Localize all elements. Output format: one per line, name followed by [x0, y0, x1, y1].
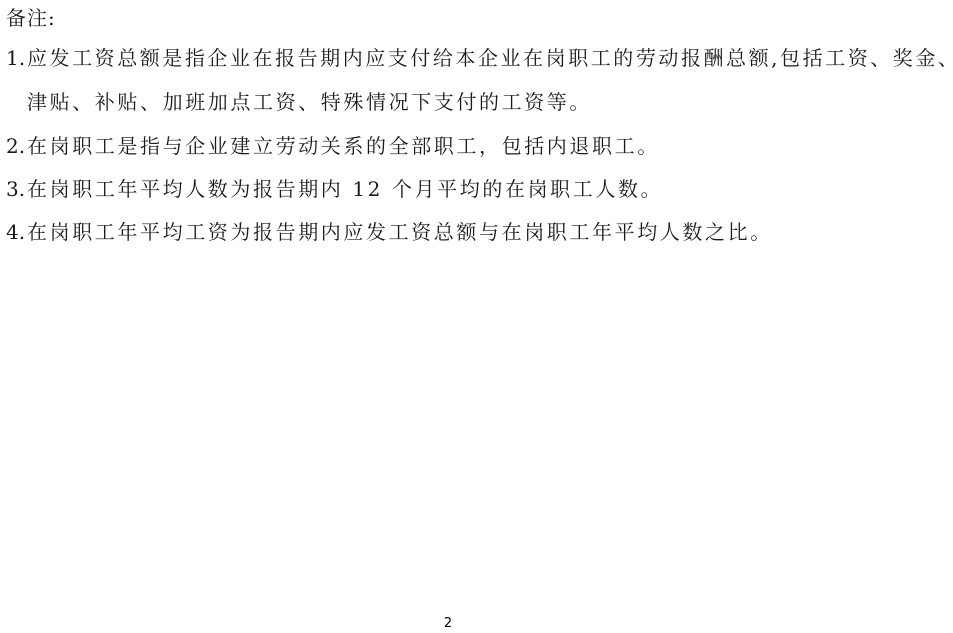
- note-number: 2.: [6, 132, 27, 160]
- note-text: 津贴、补贴、加班加点工资、特殊情况下支付的工资等。: [27, 90, 592, 114]
- note-number: 3.: [6, 175, 27, 203]
- page-number: 2: [440, 616, 456, 632]
- note-number: 4.: [6, 218, 27, 246]
- note-number: 1.: [6, 44, 27, 72]
- note-item-1: 1.应发工资总额是指企业在报告期内应支付给本企业在岗职工的劳动报酬总额,包括工资…: [6, 44, 953, 72]
- note-text: 应发工资总额是指企业在报告期内应支付给本企业在岗职工的劳动报酬总额,包括工资、奖…: [27, 46, 953, 70]
- note-text: 在岗职工年平均工资为报告期内应发工资总额与在岗职工年平均人数之比。: [27, 220, 773, 244]
- note-text: 在岗职工是指与企业建立劳动关系的全部职工，包括内退职工。: [27, 134, 660, 158]
- document-page: 备注: 1.应发工资总额是指企业在报告期内应支付给本企业在岗职工的劳动报酬总额,…: [0, 0, 953, 633]
- note-item-4: 4.在岗职工年平均工资为报告期内应发工资总额与在岗职工年平均人数之比。: [6, 218, 773, 246]
- notes-heading: 备注:: [6, 4, 56, 32]
- note-item-1-continuation: 津贴、补贴、加班加点工资、特殊情况下支付的工资等。: [27, 88, 592, 116]
- note-item-3: 3.在岗职工年平均人数为报告期内 12 个月平均的在岗职工人数。: [6, 175, 663, 203]
- note-item-2: 2.在岗职工是指与企业建立劳动关系的全部职工，包括内退职工。: [6, 132, 660, 160]
- note-text: 在岗职工年平均人数为报告期内 12 个月平均的在岗职工人数。: [27, 177, 663, 201]
